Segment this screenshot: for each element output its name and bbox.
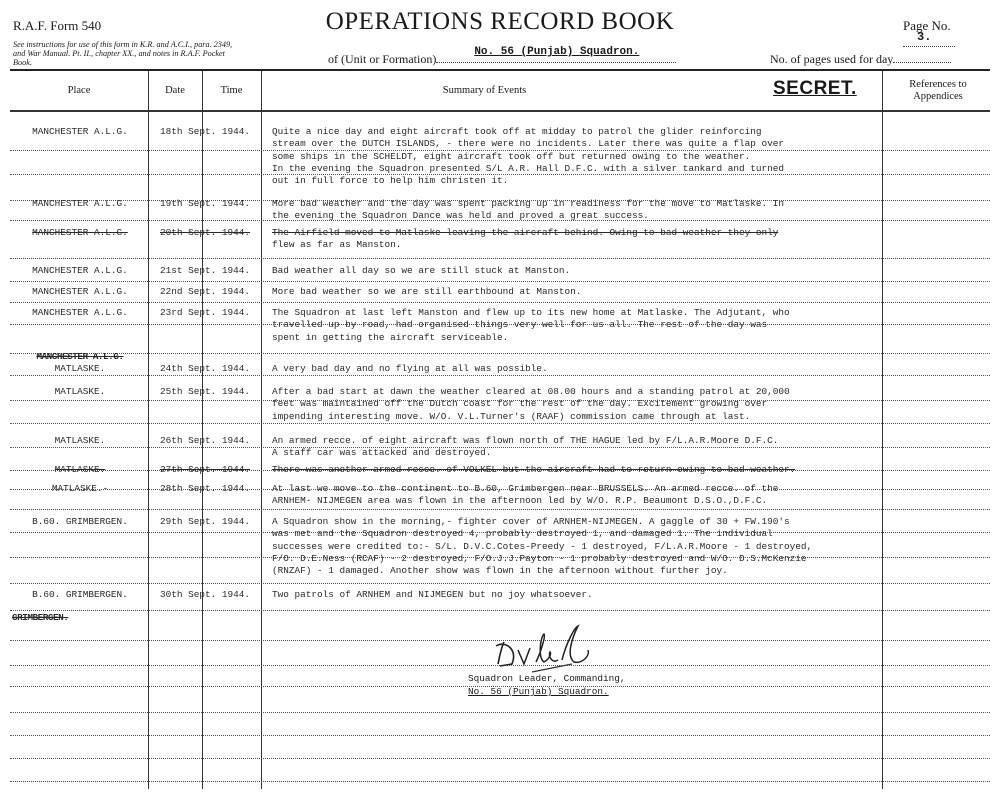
- signatory-unit: No. 56 (Punjab) Squadron.: [468, 685, 626, 698]
- entry-summary: At last we move to the continent to B.60…: [272, 483, 877, 508]
- column-divider: [148, 71, 149, 789]
- form-instructions: See instructions for use of this form in…: [13, 40, 238, 67]
- column-header-references: References to Appendices: [890, 73, 986, 109]
- entry-place: MATLASKE.: [14, 386, 146, 398]
- column-divider: [882, 71, 883, 789]
- entry-date: 29th Sept. 1944.: [150, 516, 260, 528]
- signatory-rank: Squadron Leader, Commanding,: [468, 672, 626, 685]
- unit-label: of (Unit or Formation): [328, 52, 436, 66]
- entry-summary: After a bad start at dawn the weather cl…: [272, 386, 877, 423]
- entry-summary: There was another armed recce. of VOLKEL…: [272, 464, 877, 476]
- entry-summary: The Airfield moved to Matlaske leaving t…: [272, 227, 877, 252]
- rule-line: [10, 423, 990, 424]
- rule-line: [10, 610, 990, 611]
- entry-date: 27th Sept. 1944.: [150, 464, 260, 476]
- rule-line: [10, 758, 990, 759]
- entry-place: MANCHESTER A.L.G.: [14, 286, 146, 298]
- rule-line: [10, 781, 990, 782]
- signature-icon: [492, 624, 602, 674]
- entry-place: MATLASKE.: [14, 464, 146, 476]
- entry-place: MANCHESTER A.L.G.: [14, 198, 146, 210]
- entry-summary: Two patrols of ARNHEM and NIJMEGEN but n…: [272, 589, 877, 601]
- rule-line: [10, 583, 990, 584]
- entry-place: B.60. GRIMBERGEN.: [14, 589, 146, 601]
- entry-summary: A very bad day and no flying at all was …: [272, 363, 877, 375]
- page-number-field: Page No.3.: [903, 18, 1000, 51]
- entry-place: MANCHESTER A.L.G.: [14, 307, 146, 319]
- entry-place-struck: MANCHESTER A.L.G.: [14, 351, 146, 363]
- column-divider: [261, 71, 262, 789]
- entry-summary: A Squadron show in the morning,- fighter…: [272, 516, 877, 577]
- pages-used-label: No. of pages used for day: [770, 52, 893, 66]
- entry-place: MATLASKE.-: [14, 483, 146, 495]
- entry-date: 24th Sept. 1944.: [150, 363, 260, 375]
- rule-line: [10, 302, 990, 303]
- secret-stamp: SECRET.: [773, 78, 857, 100]
- entry-summary: An armed recce. of eight aircraft was fl…: [272, 435, 877, 460]
- rule-line: [10, 353, 990, 354]
- entry-date: 21st Sept. 1944.: [150, 265, 260, 277]
- entry-place-struck: GRIMBERGEN.: [12, 612, 68, 624]
- entry-place: MATLASKE.: [14, 363, 146, 375]
- entry-place: B.60. GRIMBERGEN.: [14, 516, 146, 528]
- column-header-time: Time: [202, 71, 261, 110]
- entry-place: MANCHESTER A.L.G.: [14, 227, 146, 239]
- entry-date: 25th Sept. 1944.: [150, 386, 260, 398]
- signatory-title: Squadron Leader, Commanding, No. 56 (Pun…: [468, 672, 626, 698]
- entry-place: MATLASKE.: [14, 435, 146, 447]
- entry-summary: More bad weather and the day was spent p…: [272, 198, 877, 223]
- entry-summary: Bad weather all day so we are still stuc…: [272, 265, 877, 277]
- entry-date: 23rd Sept. 1944.: [150, 307, 260, 319]
- entry-summary: More bad weather so we are still earthbo…: [272, 286, 877, 298]
- document-title: OPERATIONS RECORD BOOK: [0, 8, 1000, 36]
- header-rule: [10, 110, 990, 112]
- rule-line: [10, 281, 990, 282]
- page-number-value: 3.: [917, 30, 931, 44]
- entry-date: 30th Sept. 1944.: [150, 589, 260, 601]
- rule-line: [10, 735, 990, 736]
- rule-line: [10, 712, 990, 713]
- entry-date: 26th Sept. 1944.: [150, 435, 260, 447]
- entry-date: 19th Sept. 1944.: [150, 198, 260, 210]
- entry-date: 22nd Sept. 1944.: [150, 286, 260, 298]
- column-header-place: Place: [10, 71, 148, 110]
- unit-value: No. 56 (Punjab) Squadron.: [474, 46, 639, 58]
- rule-line: [10, 258, 990, 259]
- entry-date: 18th Sept. 1944.: [150, 126, 260, 138]
- column-divider: [202, 71, 203, 789]
- column-header-date: Date: [148, 71, 202, 110]
- column-header-summary: Summary of Events: [262, 71, 707, 110]
- pages-used-field: No. of pages used for day: [770, 50, 951, 67]
- unit-field: of (Unit or Formation)No. 56 (Punjab) Sq…: [328, 50, 676, 67]
- entry-date: 20th Sept. 1944.: [150, 227, 260, 239]
- entry-date: 28th Sept. 1944.: [150, 483, 260, 495]
- entry-place: MANCHESTER A.L.G.: [14, 126, 146, 138]
- pages-used-value: [893, 50, 951, 63]
- entry-place: MANCHESTER A.L.G.: [14, 265, 146, 277]
- entry-summary: Quite a nice day and eight aircraft took…: [272, 126, 877, 187]
- rule-line: [10, 509, 990, 510]
- entry-summary: The Squadron at last left Manston and fl…: [272, 307, 877, 344]
